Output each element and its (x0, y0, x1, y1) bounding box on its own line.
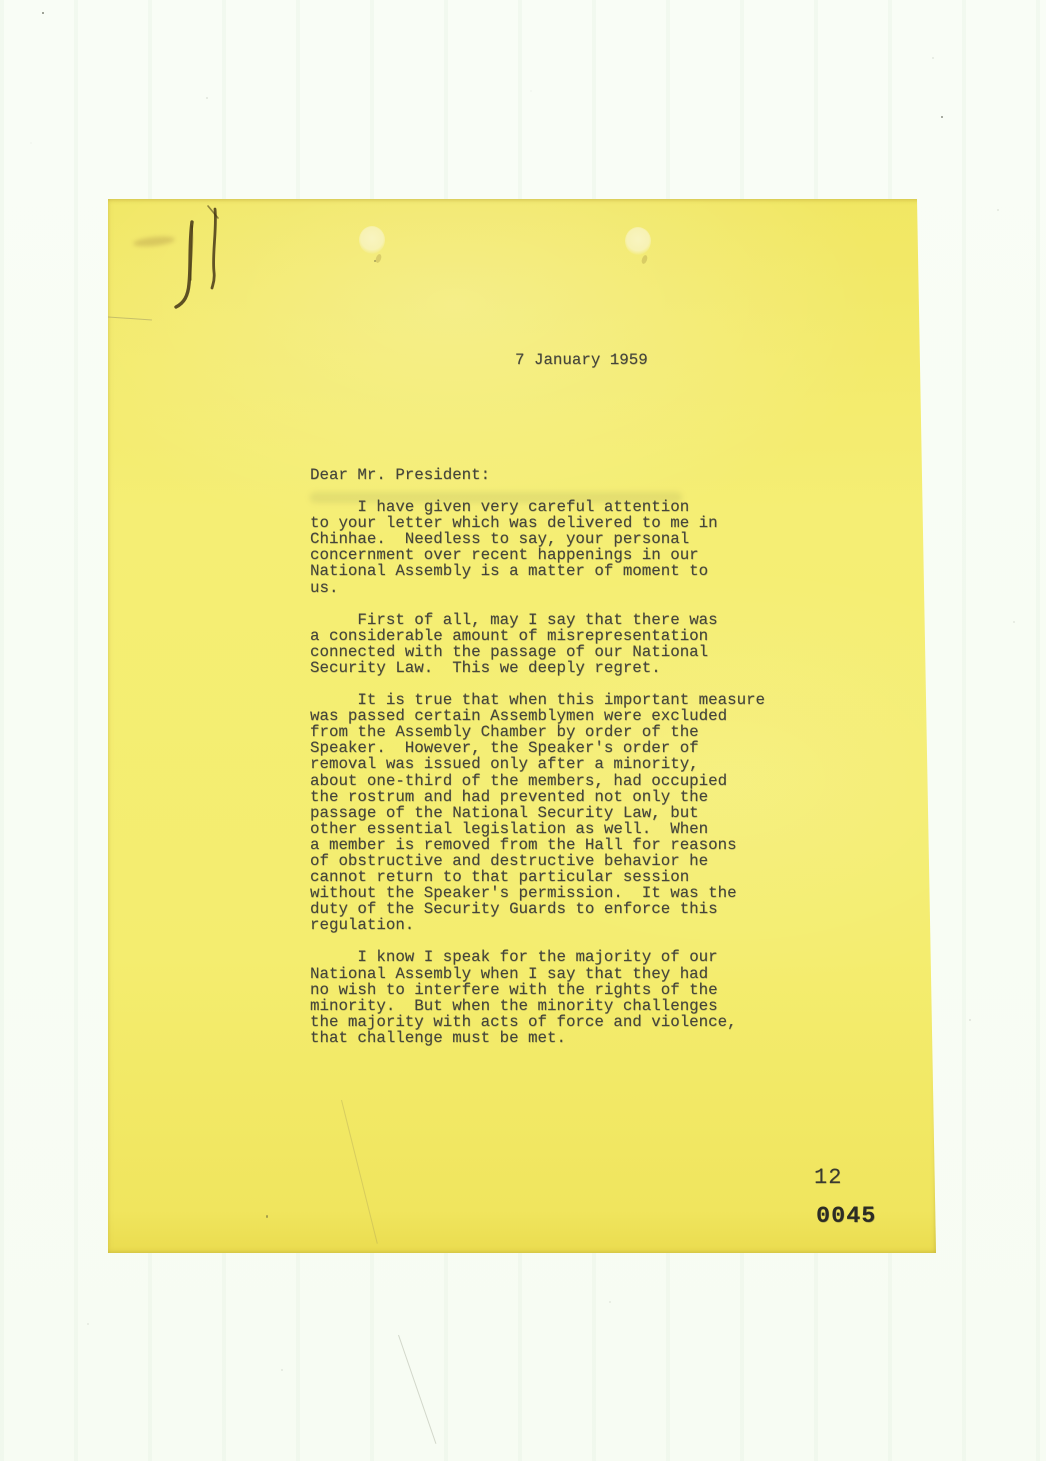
salutation: Dear Mr. President: (310, 467, 810, 483)
punch-hole-spot-right (625, 227, 651, 255)
paragraph-2: First of all, may I say that there was a… (310, 612, 810, 676)
paragraph-1: I have given very careful attention to y… (310, 499, 810, 596)
crease-mark (341, 1100, 378, 1244)
punch-hole-spot-left (359, 226, 385, 254)
paper-speck (266, 1215, 268, 1218)
paragraph-3: It is true that when this important meas… (310, 692, 810, 933)
scan-dust-specks (0, 0, 2, 2)
scanned-letter-screenshot: { "letter": { "date": "7 January 1959", … (0, 0, 1046, 1461)
ink-scribble-mark (168, 204, 238, 314)
paragraph-4: I know I speak for the majority of our N… (310, 949, 810, 1046)
page-number: 12 (814, 1165, 842, 1190)
paper-speck (374, 260, 376, 262)
letter-date: 7 January 1959 (515, 352, 648, 368)
punch-hole-tail-right (641, 254, 649, 264)
scratch-mark-left (108, 316, 152, 320)
letter-body: Dear Mr. President: I have given very ca… (310, 467, 810, 1062)
punch-hole-tail-left (375, 253, 383, 263)
letter-page: 7 January 1959 Dear Mr. President: I hav… (108, 199, 936, 1253)
archive-stamp-number: 0045 (816, 1203, 876, 1230)
